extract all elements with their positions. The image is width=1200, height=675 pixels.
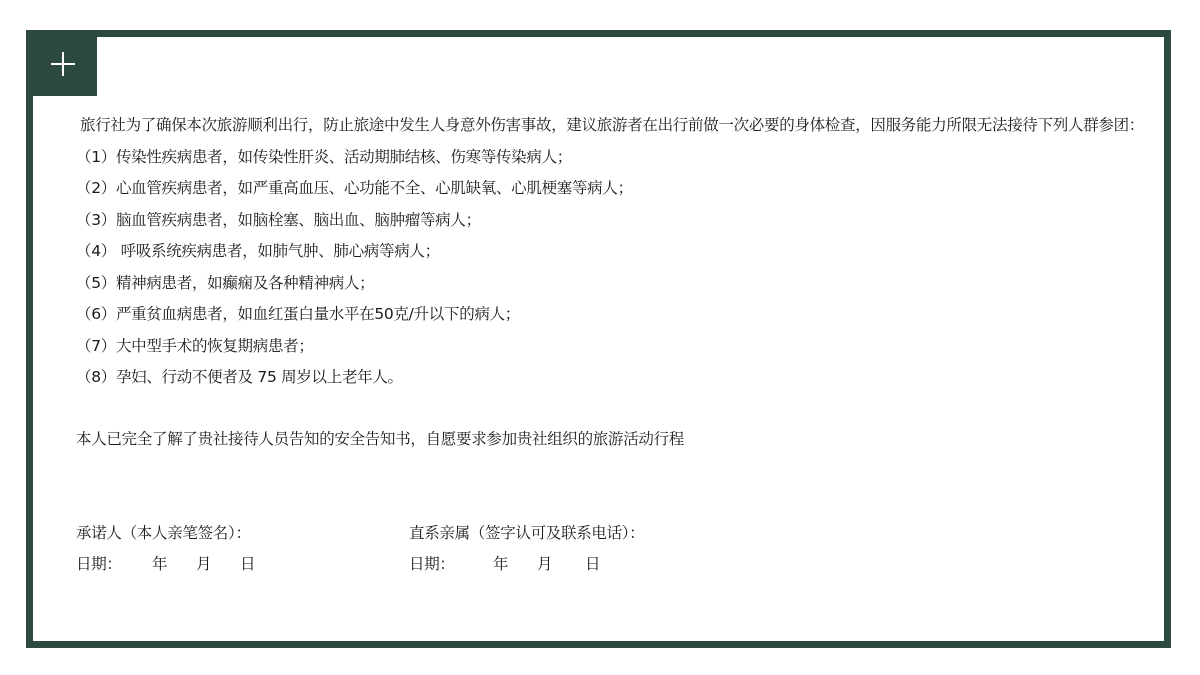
- day-label: 日: [240, 549, 255, 580]
- list-item: （2）心血管疾病患者，如严重高血压、心功能不全、心肌缺氧、心肌梗塞等病人；: [76, 173, 1146, 205]
- year-label: 年: [152, 549, 196, 580]
- date-label: 日期：: [409, 549, 493, 580]
- excluded-groups-list: （1）传染性疾病患者，如传染性肝炎、活动期肺结核、伤寒等传染病人； （2）心血管…: [76, 142, 1146, 394]
- month-label: 月: [196, 549, 240, 580]
- signer-date-row: 日期：年月日: [76, 549, 255, 580]
- list-item: （4） 呼吸系统疾病患者，如肺气肿、肺心病等病人；: [76, 236, 1146, 268]
- list-item: （5）精神病患者，如癫痫及各种精神病人；: [76, 268, 1146, 300]
- consent-statement: 本人已完全了解了贵社接待人员告知的安全告知书，自愿要求参加贵社组织的旅游活动行程: [76, 424, 1146, 456]
- list-item: （1）传染性疾病患者，如传染性肝炎、活动期肺结核、伤寒等传染病人；: [76, 142, 1146, 174]
- year-label: 年: [493, 549, 537, 580]
- list-item: （7）大中型手术的恢复期病患者；: [76, 331, 1146, 363]
- relative-block: 直系亲属（签字认可及联系电话）： 日期：年月日: [409, 518, 644, 580]
- relative-date-row: 日期：年月日: [409, 549, 644, 580]
- month-label: 月: [537, 549, 585, 580]
- relative-label: 直系亲属（签字认可及联系电话）：: [409, 518, 644, 549]
- list-item: （8）孕妇、行动不便者及 75 周岁以上老年人。: [76, 362, 1146, 394]
- day-label: 日: [585, 549, 600, 580]
- notice-body: 旅行社为了确保本次旅游顺利出行，防止旅途中发生人身意外伤害事故，建议旅游者在出行…: [76, 110, 1146, 455]
- signer-label: 承诺人（本人亲笔签名）：: [76, 518, 255, 549]
- signer-block: 承诺人（本人亲笔签名）： 日期：年月日: [76, 518, 255, 580]
- plus-icon: [51, 52, 75, 76]
- list-item: （3）脑血管疾病患者，如脑栓塞、脑出血、脑肿瘤等病人；: [76, 205, 1146, 237]
- list-item: （6）严重贫血病患者，如血红蛋白量水平在50克/升以下的病人；: [76, 299, 1146, 331]
- date-label: 日期：: [76, 549, 152, 580]
- spacer: [76, 394, 1146, 424]
- intro-paragraph: 旅行社为了确保本次旅游顺利出行，防止旅途中发生人身意外伤害事故，建议旅游者在出行…: [76, 110, 1146, 142]
